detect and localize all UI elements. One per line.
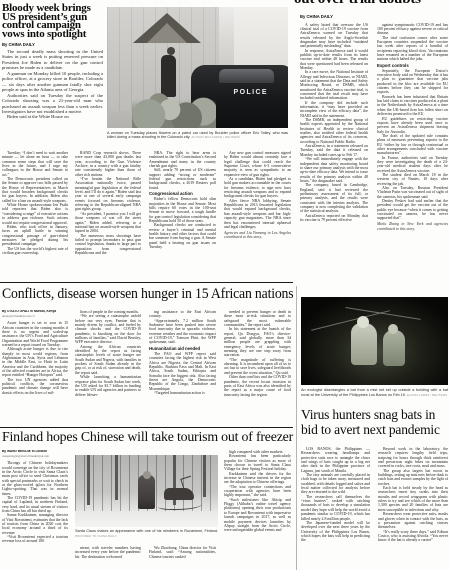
finland-column-1-text: Throngs of Chinese holidaymakers would c… bbox=[2, 461, 68, 544]
headline-fragment: out over trial doubts bbox=[294, 0, 448, 7]
photo-credit: ALYSON MCCLARAN / REUTERS bbox=[191, 135, 240, 139]
headline-line: Virus hunters snag bats in bbox=[301, 408, 435, 423]
gun-article-byline: By CHINA DAILY bbox=[2, 42, 35, 47]
astra-headline-clipped: out over trial doubts bbox=[294, 0, 448, 9]
africa-headline: Conflicts, disease worsen hunger in 15 A… bbox=[2, 286, 293, 302]
finland-headline: Finland hopes Chinese will take tourism … bbox=[2, 430, 293, 446]
police-memorial-photo: POLICE bbox=[107, 7, 288, 128]
headline-line: vows into spotlight bbox=[2, 30, 86, 39]
gun-column-1: Tuesday: “I don’t need to wait another m… bbox=[2, 151, 68, 280]
reindeer bbox=[164, 488, 194, 500]
tree-trunk bbox=[203, 455, 206, 497]
gun-article-lead-column: The second deadly mass shooting in the U… bbox=[2, 49, 103, 148]
santa-photo-caption: Santa Claus makes an appearance with one… bbox=[75, 529, 218, 543]
mist-net-line bbox=[311, 310, 390, 330]
gun-article-headline: Bloody week brings US president’s gun co… bbox=[2, 4, 104, 39]
africa-column-2: lions of people in the coming months.“We… bbox=[75, 310, 141, 422]
police-photo-caption: A woman on Tuesday places flowers on a p… bbox=[107, 131, 288, 146]
finland-subcolumn-1: niemi, with traveler numbers having incr… bbox=[75, 546, 141, 570]
santa-face bbox=[143, 471, 151, 479]
researcher-figure bbox=[383, 330, 405, 366]
headline-line: Finland hopes Chinese will take tourism … bbox=[2, 430, 293, 446]
photo-credit: PROVIDED TO CHINA DAILY bbox=[75, 534, 117, 538]
column-divider bbox=[296, 286, 297, 570]
astra-column-2: against symptomatic COVID-19 and has 100… bbox=[377, 23, 448, 299]
finland-subcolumn-2: Wu Zhaohong, China director for Visit Fi… bbox=[149, 546, 216, 570]
santa-claus-photo bbox=[75, 455, 218, 527]
astra-byline: By CHINA DAILY bbox=[300, 14, 333, 19]
headline-line: Conflicts, disease worsen hunger in 15 A… bbox=[2, 286, 293, 302]
africa-column-1-text: Acute hunger is set to soar in 15 Africa… bbox=[2, 321, 68, 395]
finland-column-1: By WANG MINGJIE in London wangmingjie@ma… bbox=[2, 450, 68, 570]
headline-line: bid to avert next pandemic bbox=[301, 423, 440, 438]
bat-researchers-photo bbox=[301, 297, 448, 385]
gun-column-3: NRA. The right to bear arms is enshrined… bbox=[149, 151, 216, 280]
police-lettering: POLICE bbox=[234, 89, 268, 96]
africa-column-3: ing assistance to the East African count… bbox=[149, 310, 216, 422]
gun-column-2: RAND Corp research shows. There were mor… bbox=[75, 151, 141, 280]
bat-photo-caption: An ecologist disentangles a bat from a m… bbox=[301, 388, 448, 407]
astra-column-1: A safety board that oversaw the US clini… bbox=[300, 23, 368, 299]
section-divider bbox=[0, 427, 293, 428]
suv-window bbox=[219, 69, 274, 83]
building-roof-inner bbox=[147, 23, 187, 43]
section-divider bbox=[0, 282, 293, 283]
africa-column-4: needed to prevent hunger or death in the… bbox=[224, 310, 291, 422]
newspaper-page: Bloody week brings US president’s gun co… bbox=[0, 0, 450, 570]
caption-text: Santa Claus makes an appearance with one… bbox=[75, 529, 218, 533]
researcher-figure bbox=[351, 323, 377, 365]
gun-column-4: Any new gun control measures signed by B… bbox=[224, 151, 291, 280]
photo-credit: ELOISA LOPEZ / REUTERS bbox=[407, 393, 447, 397]
flower-pile bbox=[132, 87, 215, 128]
bats-column-1: LOS BANOS, the Philippines — Researchers… bbox=[301, 447, 370, 570]
tree-trunk bbox=[115, 455, 118, 500]
bats-headline: Virus hunters snag bats in bid to avert … bbox=[301, 408, 448, 437]
researcher-hood bbox=[388, 324, 398, 334]
santa-figure bbox=[138, 475, 155, 509]
africa-column-1: By OTIATO OPALI in Nairobi, Kenya otiato… bbox=[2, 310, 68, 424]
bats-column-2: Beyond work in the laboratory, the resea… bbox=[378, 447, 448, 570]
tree-trunk bbox=[87, 455, 90, 505]
finland-column-4: high compared with other markets.Rovanie… bbox=[224, 450, 291, 570]
